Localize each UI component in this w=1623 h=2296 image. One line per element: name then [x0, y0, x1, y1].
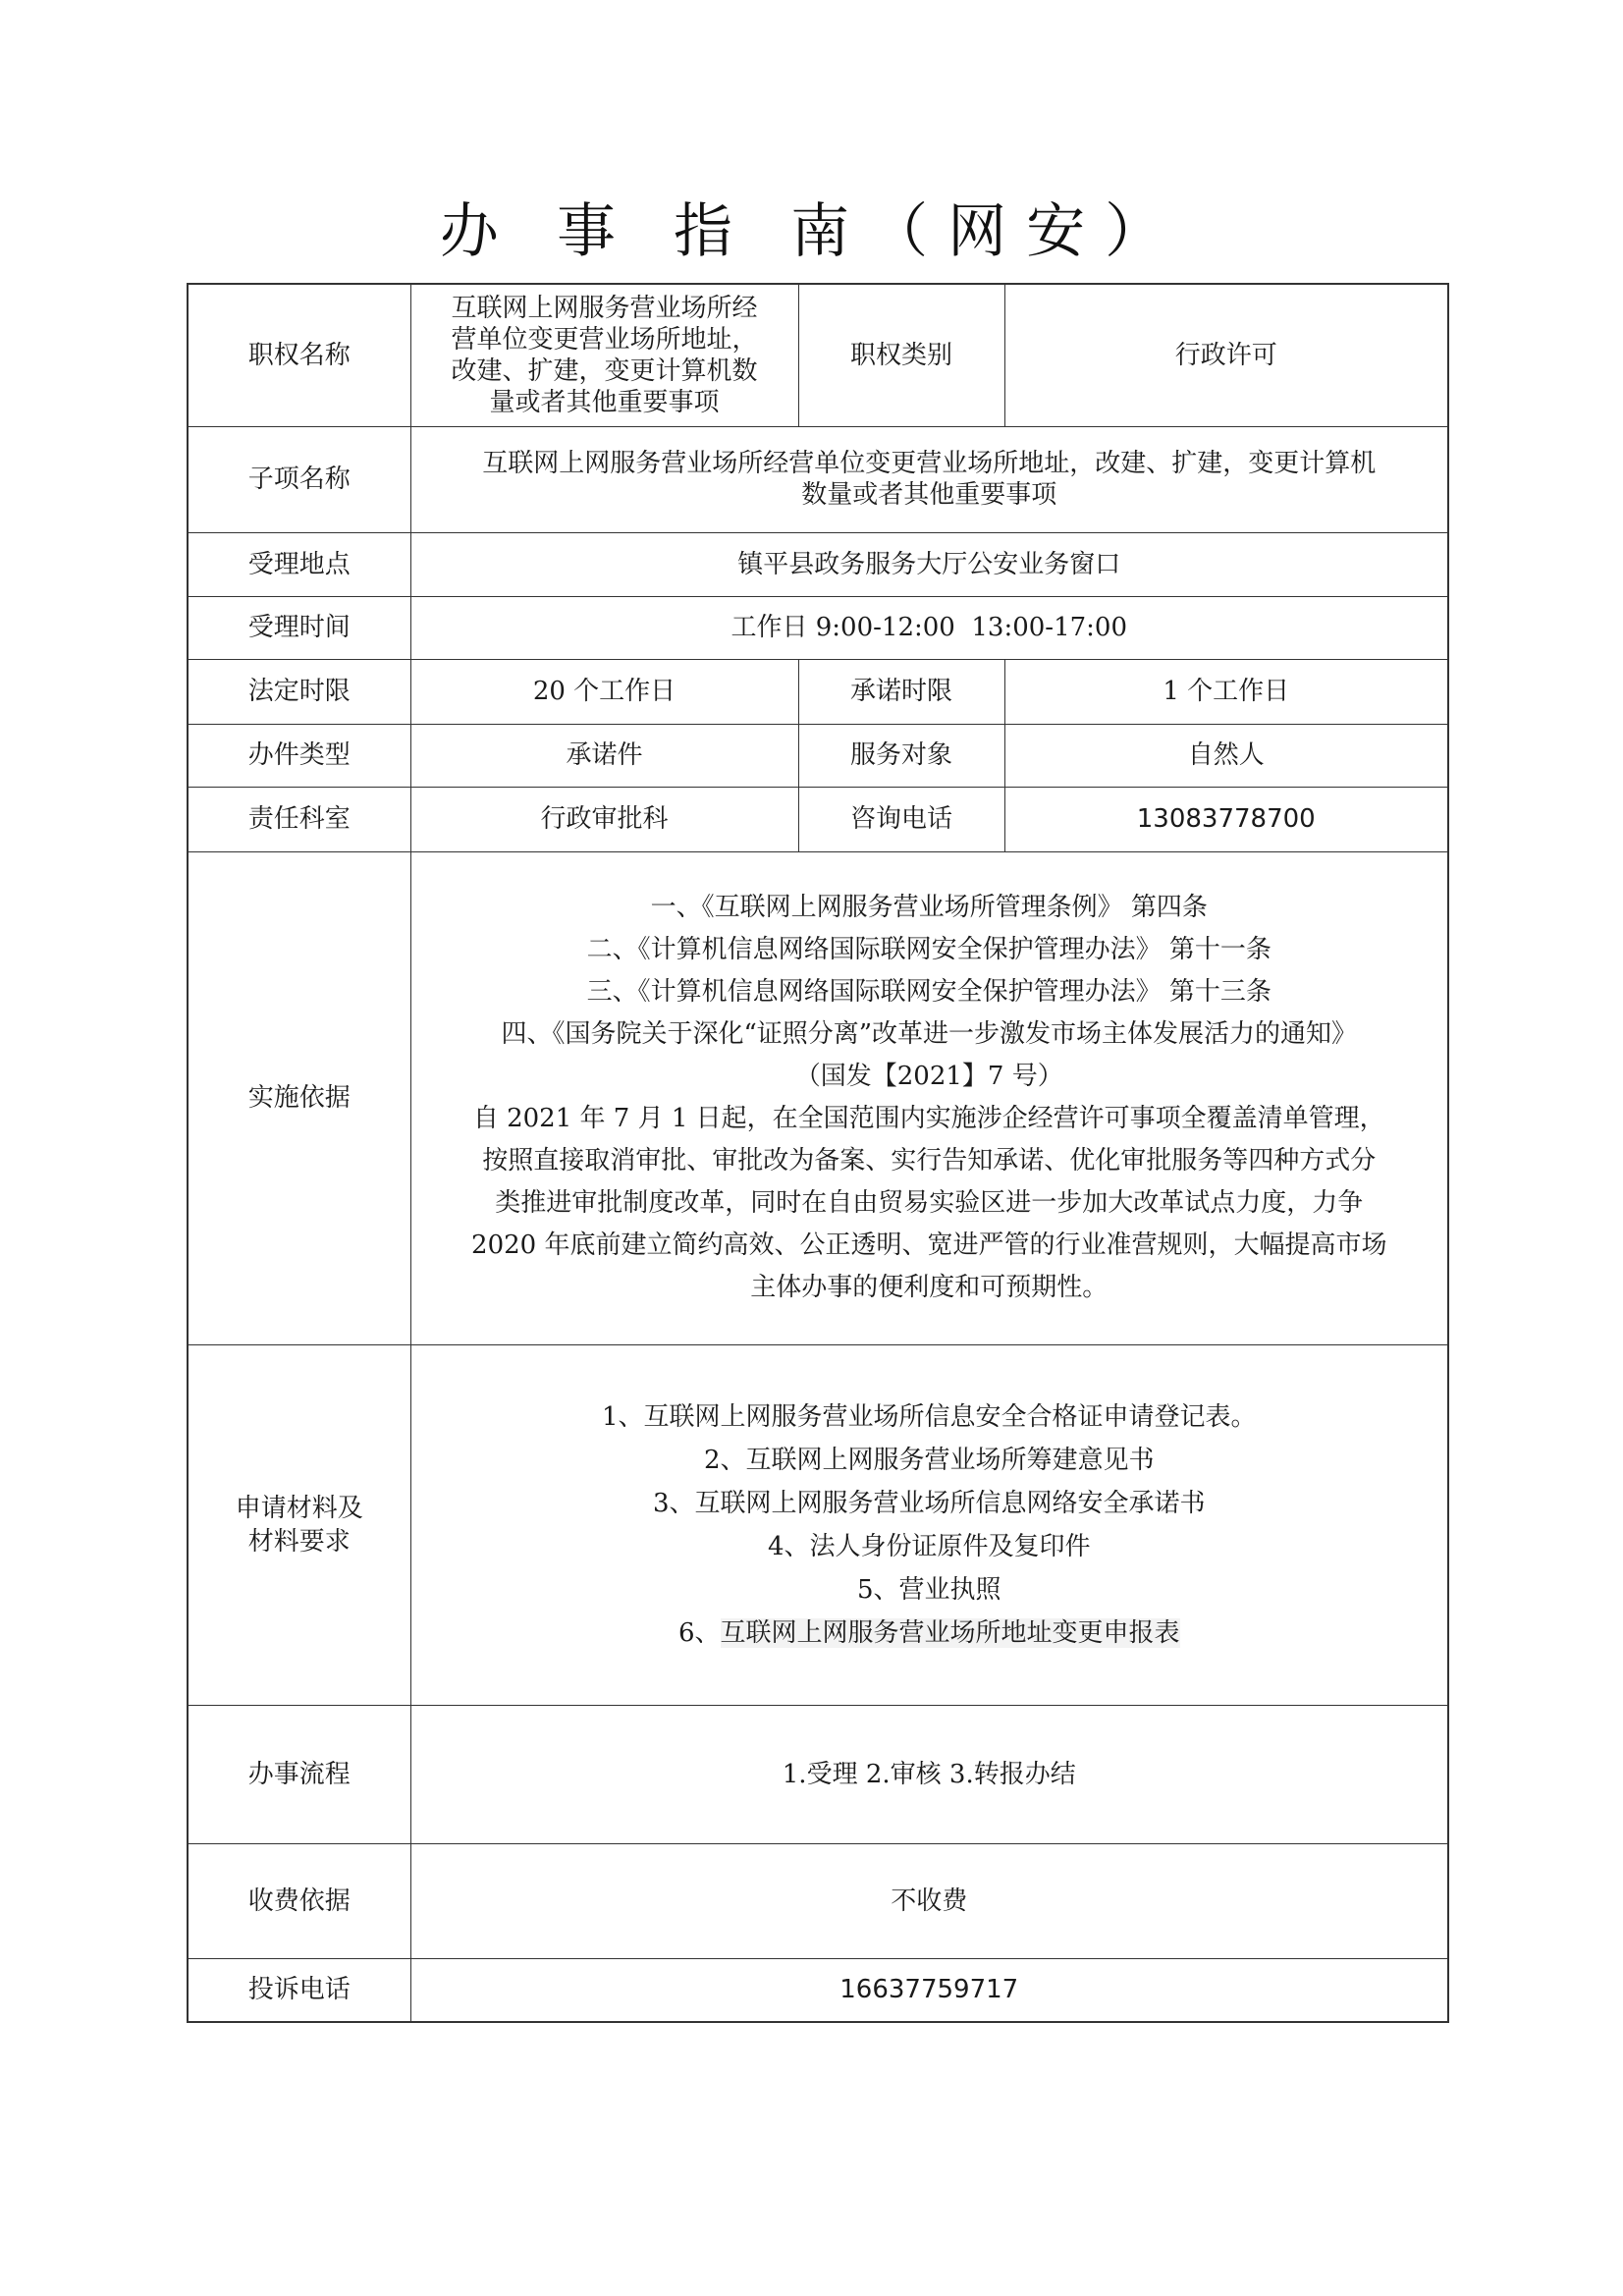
hours-value: 工作日 9:00-12:00 13:00-17:00 [410, 596, 1448, 659]
legal-basis-line: 四、《国务院关于深化“证照分离”改革进一步激发市场主体发展活力的通知》 [421, 1013, 1438, 1056]
page-title: 办 事 指 南（网安） [0, 192, 1623, 271]
authority-category-label: 职权类别 [798, 284, 1004, 426]
materials-label-line: 材料要求 [198, 1525, 401, 1558]
legal-basis-line: 按照直接取消审批、审批改为备案、实行告知承诺、优化审批服务等四种方式分 [421, 1140, 1438, 1182]
sub-item-value: 互联网上网服务营业场所经营单位变更营业场所地址，改建、扩建，变更计算机 数量或者… [410, 426, 1448, 532]
legal-basis-line: 类推进审批制度改革，同时在自由贸易实验区进一步加大改革试点力度，力争 [421, 1182, 1438, 1225]
legal-basis-line: 一、《互联网上网服务营业场所管理条例》 第四条 [421, 887, 1438, 929]
consult-phone-value: 13083778700 [1004, 787, 1448, 851]
authority-name-label: 职权名称 [188, 284, 410, 426]
hours-label: 受理时间 [188, 596, 410, 659]
complaint-label: 投诉电话 [188, 1958, 410, 2022]
location-label: 受理地点 [188, 532, 410, 596]
material-item: 5、营业执照 [421, 1568, 1438, 1612]
fee-label: 收费依据 [188, 1843, 410, 1958]
material-item: 1、互联网上网服务营业场所信息安全合格证申请登记表。 [421, 1395, 1438, 1439]
authority-name-line: 营单位变更营业场所地址， [419, 324, 790, 355]
legal-basis-label: 实施依据 [188, 851, 410, 1344]
material-item-text: 营业执照 [899, 1575, 1001, 1605]
material-item-text: 互联网上网服务营业场所信息网络安全承诺书 [695, 1489, 1206, 1518]
sub-item-line: 数量或者其他重要事项 [421, 479, 1438, 511]
consult-phone-label: 咨询电话 [798, 787, 1004, 851]
legal-basis-line: 主体办事的便利度和可预期性。 [421, 1267, 1438, 1309]
process-value: 1.受理 2.审核 3.转报办结 [410, 1705, 1448, 1843]
authority-name-line: 互联网上网服务营业场所经 [419, 293, 790, 324]
material-item: 3、互联网上网服务营业场所信息网络安全承诺书 [421, 1482, 1438, 1525]
row-authority-name: 职权名称 互联网上网服务营业场所经 营单位变更营业场所地址， 改建、扩建，变更计… [188, 284, 1448, 426]
row-case-type: 办件类型 承诺件 服务对象 自然人 [188, 724, 1448, 787]
row-process: 办事流程 1.受理 2.审核 3.转报办结 [188, 1705, 1448, 1843]
material-item-text: 互联网上网服务营业场所筹建意见书 [746, 1446, 1155, 1475]
authority-name-line: 改建、扩建，变更计算机数 [419, 355, 790, 387]
materials-label-line: 申请材料及 [198, 1492, 401, 1525]
material-item-num: 5、 [857, 1575, 899, 1605]
complaint-phone-value: 16637759717 [410, 1958, 1448, 2022]
legal-basis-line: （国发【2021】7 号） [421, 1056, 1438, 1098]
material-item-num: 1、 [602, 1402, 644, 1432]
sub-item-line: 互联网上网服务营业场所经营单位变更营业场所地址，改建、扩建，变更计算机 [421, 448, 1438, 479]
process-label: 办事流程 [188, 1705, 410, 1843]
material-item: 6、互联网上网服务营业场所地址变更申报表 [421, 1612, 1438, 1655]
row-fee: 收费依据 不收费 [188, 1843, 1448, 1958]
material-item-text: 互联网上网服务营业场所地址变更申报表 [721, 1618, 1180, 1648]
authority-name-value: 互联网上网服务营业场所经 营单位变更营业场所地址， 改建、扩建，变更计算机数 量… [410, 284, 798, 426]
legal-basis-line: 2020 年底前建立简约高效、公正透明、宽进严管的行业准营规则，大幅提高市场 [421, 1225, 1438, 1267]
promise-limit-label: 承诺时限 [798, 659, 1004, 724]
row-department: 责任科室 行政审批科 咨询电话 13083778700 [188, 787, 1448, 851]
row-legal-basis: 实施依据 一、《互联网上网服务营业场所管理条例》 第四条 二、《计算机信息网络国… [188, 851, 1448, 1344]
case-type-label: 办件类型 [188, 724, 410, 787]
case-type-value: 承诺件 [410, 724, 798, 787]
authority-category-value: 行政许可 [1004, 284, 1448, 426]
materials-list: 1、互联网上网服务营业场所信息安全合格证申请登记表。 2、互联网上网服务营业场所… [410, 1344, 1448, 1705]
material-item-text: 法人身份证原件及复印件 [810, 1532, 1091, 1561]
materials-label: 申请材料及 材料要求 [188, 1344, 410, 1705]
authority-name-line: 量或者其他重要事项 [419, 387, 790, 418]
row-complaint: 投诉电话 16637759717 [188, 1958, 1448, 2022]
promise-limit-value: 1 个工作日 [1004, 659, 1448, 724]
material-item: 4、法人身份证原件及复印件 [421, 1525, 1438, 1568]
department-value: 行政审批科 [410, 787, 798, 851]
location-value: 镇平县政务服务大厅公安业务窗口 [410, 532, 1448, 596]
row-location: 受理地点 镇平县政务服务大厅公安业务窗口 [188, 532, 1448, 596]
legal-basis-line: 二、《计算机信息网络国际联网安全保护管理办法》 第十一条 [421, 929, 1438, 971]
row-materials: 申请材料及 材料要求 1、互联网上网服务营业场所信息安全合格证申请登记表。 2、… [188, 1344, 1448, 1705]
material-item-num: 4、 [768, 1532, 810, 1561]
row-time-limit: 法定时限 20 个工作日 承诺时限 1 个工作日 [188, 659, 1448, 724]
legal-basis-line: 自 2021 年 7 月 1 日起，在全国范围内实施涉企经营许可事项全覆盖清单管… [421, 1098, 1438, 1140]
sub-item-label: 子项名称 [188, 426, 410, 532]
material-item-text: 互联网上网服务营业场所信息安全合格证申请登记表。 [644, 1402, 1257, 1432]
material-item-num: 3、 [653, 1489, 695, 1518]
department-label: 责任科室 [188, 787, 410, 851]
row-hours: 受理时间 工作日 9:00-12:00 13:00-17:00 [188, 596, 1448, 659]
legal-basis-content: 一、《互联网上网服务营业场所管理条例》 第四条 二、《计算机信息网络国际联网安全… [410, 851, 1448, 1344]
service-target-value: 自然人 [1004, 724, 1448, 787]
material-item-num: 6、 [678, 1618, 721, 1648]
material-item: 2、互联网上网服务营业场所筹建意见书 [421, 1439, 1438, 1482]
time-limit-value: 20 个工作日 [410, 659, 798, 724]
service-target-label: 服务对象 [798, 724, 1004, 787]
service-guide-table: 职权名称 互联网上网服务营业场所经 营单位变更营业场所地址， 改建、扩建，变更计… [187, 283, 1449, 2023]
row-sub-item: 子项名称 互联网上网服务营业场所经营单位变更营业场所地址，改建、扩建，变更计算机… [188, 426, 1448, 532]
time-limit-label: 法定时限 [188, 659, 410, 724]
legal-basis-line: 三、《计算机信息网络国际联网安全保护管理办法》 第十三条 [421, 971, 1438, 1013]
fee-value: 不收费 [410, 1843, 1448, 1958]
material-item-num: 2、 [704, 1446, 746, 1475]
